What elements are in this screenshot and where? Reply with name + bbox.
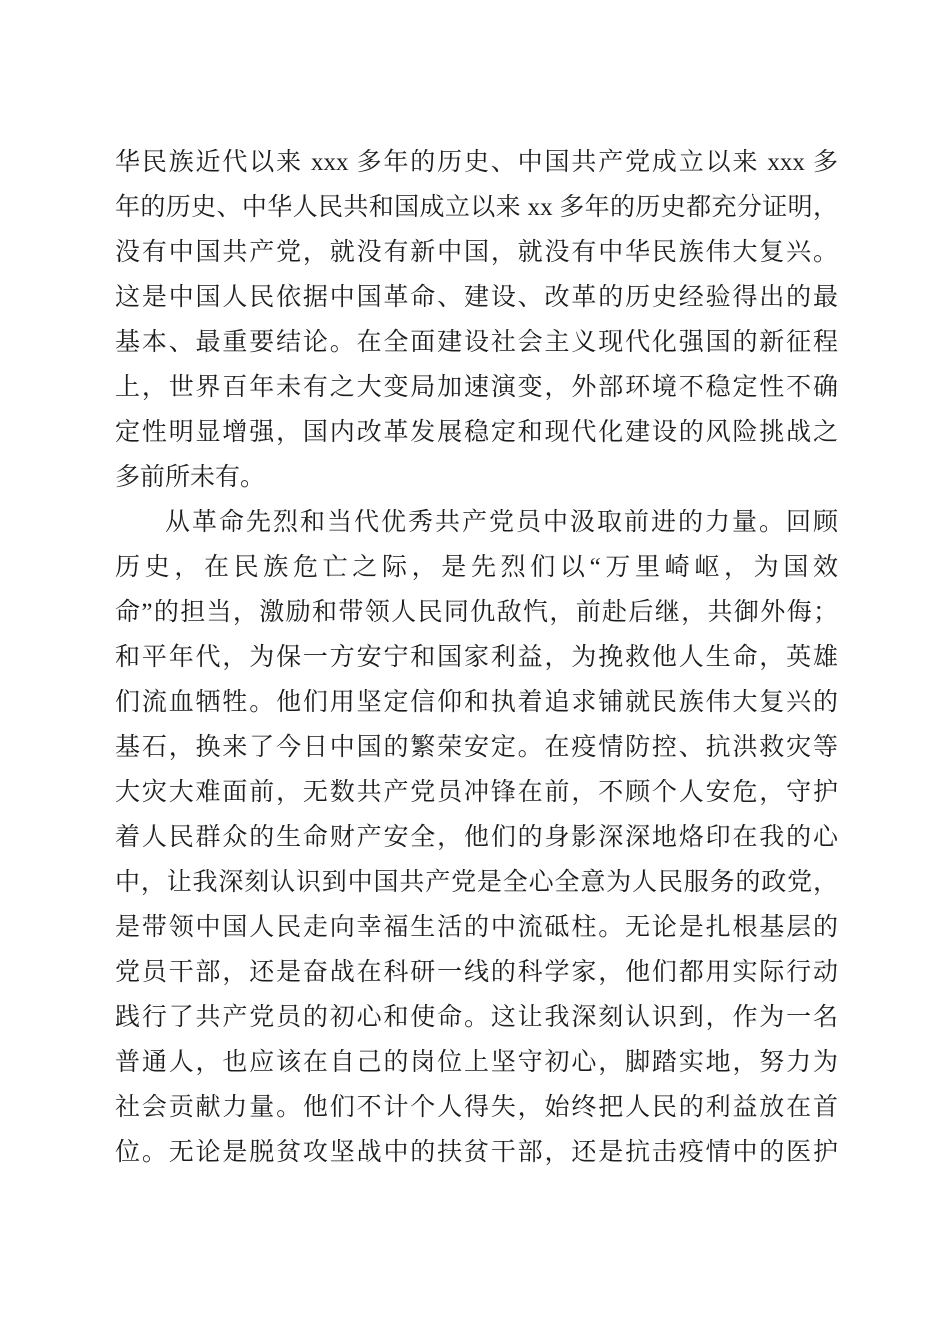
paragraph-1-line-6: 上，世界百年未有之大变局加速演变，外部环境不稳定性不确 bbox=[115, 365, 838, 410]
paragraph-2-line-11: 党员干部，还是奋战在科研一线的科学家，他们都用实际行动 bbox=[115, 950, 838, 995]
paragraph-2-line-6: 基石，换来了今日中国的繁荣安定。在疫情防控、抗洪救灾等 bbox=[115, 725, 838, 770]
paragraph-1-line-2: 年的历史、中华人民共和国成立以来 xx 多年的历史都充分证明， bbox=[115, 185, 838, 230]
document-body: 华民族近代以来 xxx 多年的历史、中国共产党成立以来 xxx 多年的历史、中华… bbox=[115, 140, 838, 1175]
paragraph-2-line-14: 社会贡献力量。他们不计个人得失，始终把人民的利益放在首 bbox=[115, 1085, 838, 1130]
paragraph-2-line-2: 历史，在民族危亡之际，是先烈们以“万里崎岖，为国效 bbox=[115, 545, 838, 590]
paragraph-2-line-13: 普通人，也应该在自己的岗位上坚守初心，脚踏实地，努力为 bbox=[115, 1040, 838, 1085]
paragraph-1-line-5: 基本、最重要结论。在全面建设社会主义现代化强国的新征程 bbox=[115, 320, 838, 365]
paragraph-2-line-3: 命”的担当，激励和带领人民同仇敌忾，前赴后继，共御外侮； bbox=[115, 590, 838, 635]
paragraph-1-line-8: 多前所未有。 bbox=[115, 455, 838, 500]
paragraph-2-line-5: 们流血牺牲。他们用坚定信仰和执着追求铺就民族伟大复兴的 bbox=[115, 680, 838, 725]
paragraph-2-line-7: 大灾大难面前，无数共产党员冲锋在前，不顾个人安危，守护 bbox=[115, 770, 838, 815]
paragraph-2-line-9: 中，让我深刻认识到中国共产党是全心全意为人民服务的政党， bbox=[115, 860, 838, 905]
paragraph-2-line-1: 从革命先烈和当代优秀共产党员中汲取前进的力量。回顾 bbox=[115, 500, 838, 545]
paragraph-2-line-10: 是带领中国人民走向幸福生活的中流砥柱。无论是扎根基层的 bbox=[115, 905, 838, 950]
document-page: 华民族近代以来 xxx 多年的历史、中国共产党成立以来 xxx 多年的历史、中华… bbox=[0, 0, 950, 1344]
paragraph-2-line-12: 践行了共产党员的初心和使命。这让我深刻认识到，作为一名 bbox=[115, 995, 838, 1040]
paragraph-2-line-8: 着人民群众的生命财产安全，他们的身影深深地烙印在我的心 bbox=[115, 815, 838, 860]
paragraph-1-line-3: 没有中国共产党，就没有新中国，就没有中华民族伟大复兴。 bbox=[115, 230, 838, 275]
paragraph-1-line-4: 这是中国人民依据中国革命、建设、改革的历史经验得出的最 bbox=[115, 275, 838, 320]
paragraph-1-line-1: 华民族近代以来 xxx 多年的历史、中国共产党成立以来 xxx 多 bbox=[115, 140, 838, 185]
paragraph-1-line-7: 定性明显增强，国内改革发展稳定和现代化建设的风险挑战之 bbox=[115, 410, 838, 455]
paragraph-2-line-15: 位。无论是脱贫攻坚战中的扶贫干部，还是抗击疫情中的医护 bbox=[115, 1130, 838, 1175]
paragraph-2-line-4: 和平年代，为保一方安宁和国家利益，为挽救他人生命，英雄 bbox=[115, 635, 838, 680]
